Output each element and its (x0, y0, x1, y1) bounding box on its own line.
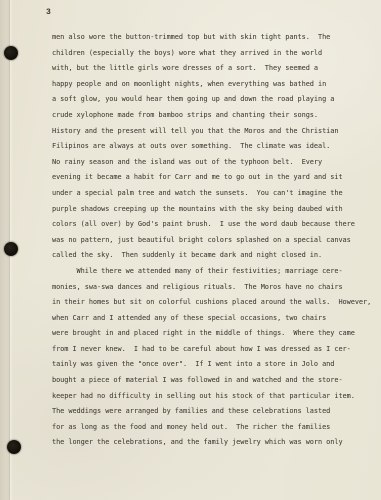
page-number: 3 (46, 8, 51, 17)
punch-hole (4, 46, 18, 60)
page-body-text: men also wore the button-trimmed top but… (52, 30, 377, 451)
punch-hole (7, 440, 21, 454)
punch-hole (4, 242, 18, 256)
scanned-page: 3 men also wore the button-trimmed top b… (0, 0, 381, 500)
